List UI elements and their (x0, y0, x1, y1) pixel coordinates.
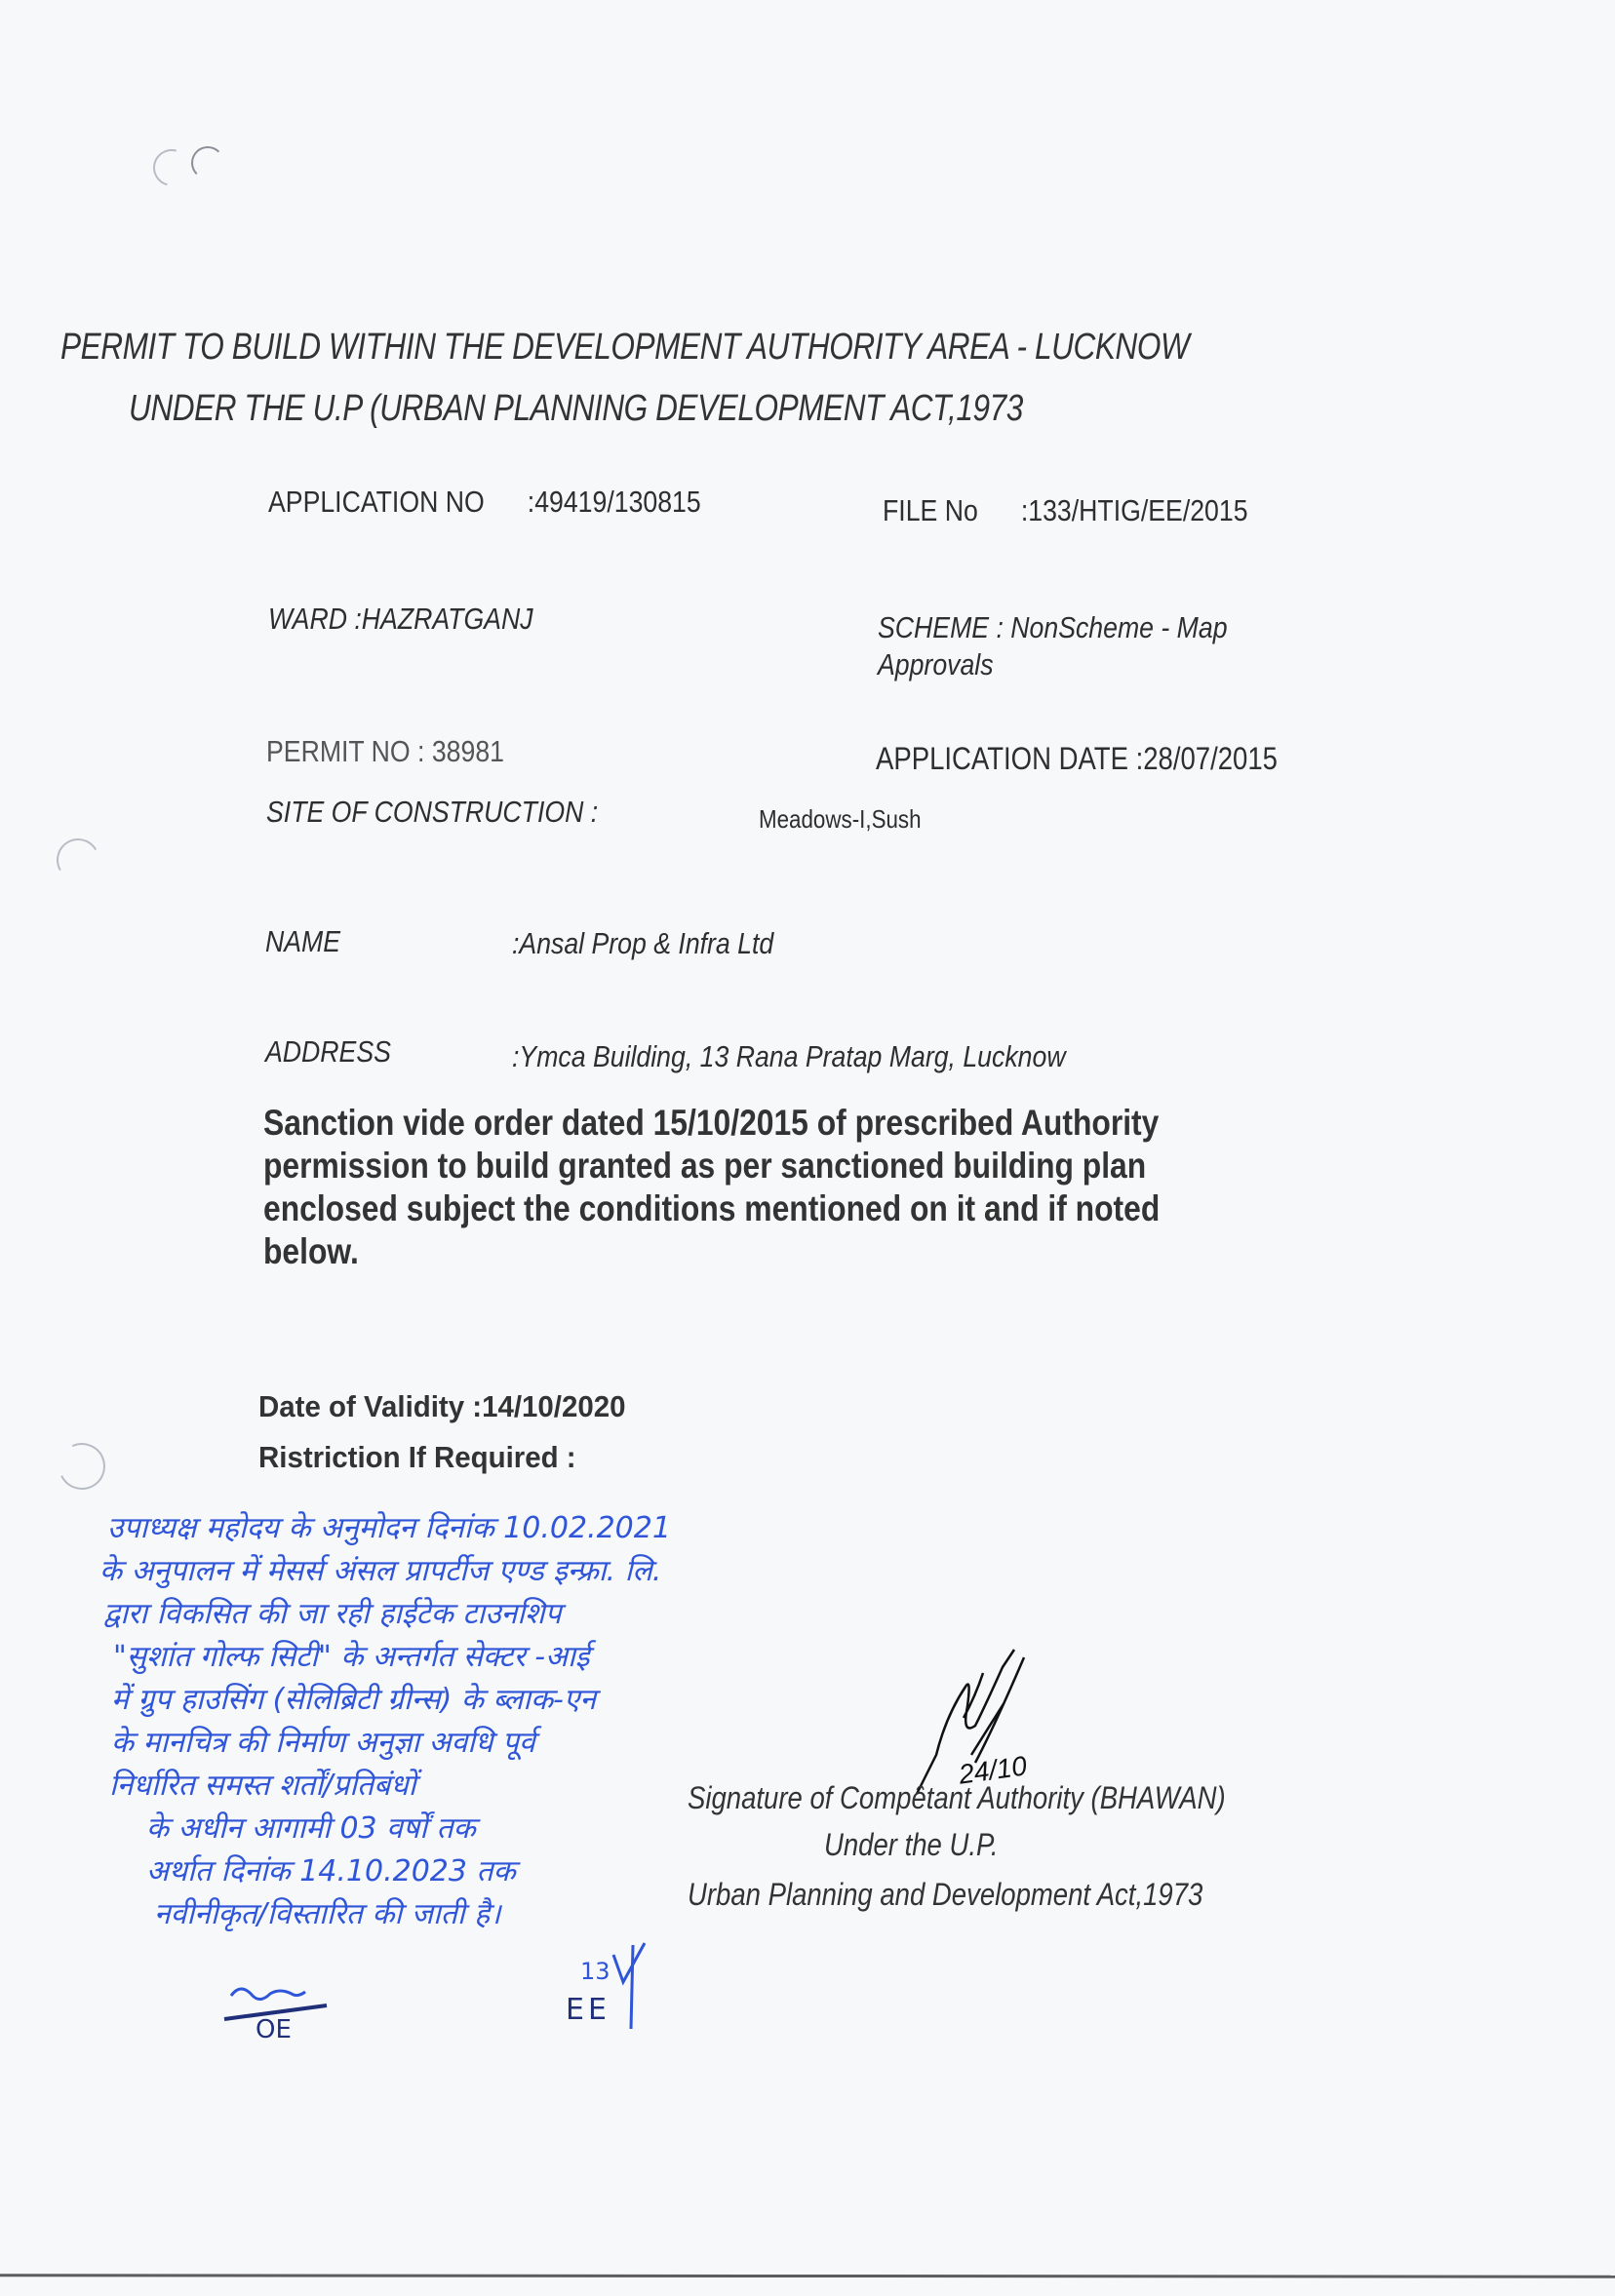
address-value: :Ymca Building, 13 Rana Pratap Marg, Luc… (512, 1039, 1156, 1074)
address-label: ADDRESS (265, 1034, 412, 1070)
ward-text: WARD :HAZRATGANJ (268, 602, 533, 637)
handwritten-line: के अधीन आगामी 03 वर्षों तक (146, 1808, 671, 1850)
date-of-validity-text: Date of Validity :14/10/2020 (258, 1389, 625, 1424)
title-line1-text: PERMIT TO BUILD WITHIN THE DEVELOPMENT A… (60, 327, 1189, 369)
file-no-field: FILE No :133/HTIG/EE/2015 (883, 493, 1308, 528)
signature-line3: Urban Planning and Development Act,1973 (688, 1877, 1202, 1913)
handwritten-line: के अनुपालन में मेसर्स अंसल प्रापर्टीज एण… (99, 1550, 671, 1593)
file-no-label: FILE No (883, 493, 978, 527)
signature-under-up-line: Under the U.P. (824, 1827, 1027, 1863)
name-label-text: NAME (265, 924, 340, 959)
site-label-text: SITE OF CONSTRUCTION : (266, 795, 598, 830)
handwritten-line: में ग्रुप हाउसिंग (सेलिब्रिटी ग्रीन्स) क… (111, 1679, 671, 1722)
application-date-field: APPLICATION DATE :28/07/2015 (876, 741, 1343, 777)
application-no-label: APPLICATION NO (268, 485, 485, 519)
scheme-line2: Approvals (878, 646, 994, 683)
handwritten-line: उपाध्यक्ष महोदय के अनुमोदन दिनांक 10.02.… (107, 1507, 671, 1550)
oe-initials: OE (256, 2008, 292, 2051)
handwritten-line: अर्थात दिनांक 14.10.2023 तक (146, 1850, 671, 1893)
name-value-text: :Ansal Prop & Infra Ltd (512, 926, 773, 961)
signature-line2: Under the U.P. (824, 1827, 998, 1863)
restriction-label: Ristriction If Required : (258, 1440, 593, 1475)
scan-bottom-edge (0, 2274, 1615, 2277)
application-no-value: :49419/130815 (528, 485, 701, 519)
signature-authority-line: Signature of Compȇtant Authority (BHAWAN… (688, 1780, 1313, 1816)
handwritten-line: "सुशांत गोल्फ सिटी" के अन्तर्गत सेक्टर -… (113, 1636, 671, 1679)
file-no-value: :133/HTIG/EE/2015 (1021, 493, 1248, 527)
ee-check-mark-icon (610, 1935, 668, 2033)
handwritten-line: के मानचित्र की निर्माण अनुज्ञा अवधि पूर्… (111, 1722, 671, 1765)
punch-hole-mark (146, 142, 197, 193)
title-line2-text: UNDER THE U.P (URBAN PLANNING DEVELOPMEN… (129, 388, 1023, 430)
permit-no-text: PERMIT NO : 38981 (266, 734, 504, 769)
scheme-line1: SCHEME : NonScheme - Map (878, 609, 1228, 646)
address-value-text: :Ymca Building, 13 Rana Pratap Marg, Luc… (512, 1039, 1066, 1074)
application-date-text: APPLICATION DATE :28/07/2015 (876, 741, 1278, 777)
name-label: NAME (265, 924, 353, 959)
handwritten-line: निर्धारित समस्त शर्तों/प्रतिबंधों (109, 1765, 671, 1808)
permit-no-field: PERMIT NO : 38981 (266, 734, 543, 769)
sanction-line: Sanction vide order dated 15/10/2015 of … (263, 1102, 1354, 1145)
sanction-line: permission to build granted as per sanct… (263, 1145, 1354, 1187)
punch-hole-mark (52, 1436, 112, 1497)
document-title-line2: UNDER THE U.P (URBAN PLANNING DEVELOPMEN… (129, 388, 1206, 430)
site-of-construction-label: SITE OF CONSTRUCTION : (266, 795, 652, 830)
date-of-validity: Date of Validity :14/10/2020 (258, 1389, 645, 1424)
handwritten-line: द्वारा विकसित की जा रही हाईटेक टाउनशिप (103, 1593, 671, 1636)
name-value: :Ansal Prop & Infra Ltd (512, 926, 816, 961)
ee-note-number: 13 (580, 1950, 611, 1993)
site-of-construction-value: Meadows-I,Sush (759, 804, 948, 835)
ward-field: WARD :HAZRATGANJ (268, 602, 576, 637)
scheme-field: SCHEME : NonScheme - Map Approvals (878, 609, 1284, 683)
site-value-text: Meadows-I,Sush (759, 804, 922, 835)
sanction-line: enclosed subject the conditions mentione… (263, 1187, 1354, 1230)
application-no-field: APPLICATION NO :49419/130815 (268, 485, 771, 520)
restriction-text: Ristriction If Required : (258, 1440, 576, 1475)
handwritten-extension-note: उपाध्यक्ष महोदय के अनुमोदन दिनांक 10.02.… (107, 1507, 671, 1936)
punch-hole-mark (191, 146, 224, 179)
ee-initials: EE (566, 1989, 611, 2032)
document-title-line1: PERMIT TO BUILD WITHIN THE DEVELOPMENT A… (60, 327, 1420, 369)
handwritten-line: नवीनीकृत/विस्तारित की जाती है। (154, 1893, 671, 1936)
sanction-paragraph: Sanction vide order dated 15/10/2015 of … (263, 1102, 1356, 1273)
punch-hole-mark (52, 834, 104, 886)
signature-act-line: Urban Planning and Development Act,1973 (688, 1877, 1286, 1913)
sanction-line: below. (263, 1230, 1354, 1273)
address-label-text: ADDRESS (265, 1034, 391, 1070)
signature-line1: Signature of Compȇtant Authority (BHAWAN… (688, 1780, 1226, 1816)
permit-document: PERMIT TO BUILD WITHIN THE DEVELOPMENT A… (0, 0, 1615, 2296)
